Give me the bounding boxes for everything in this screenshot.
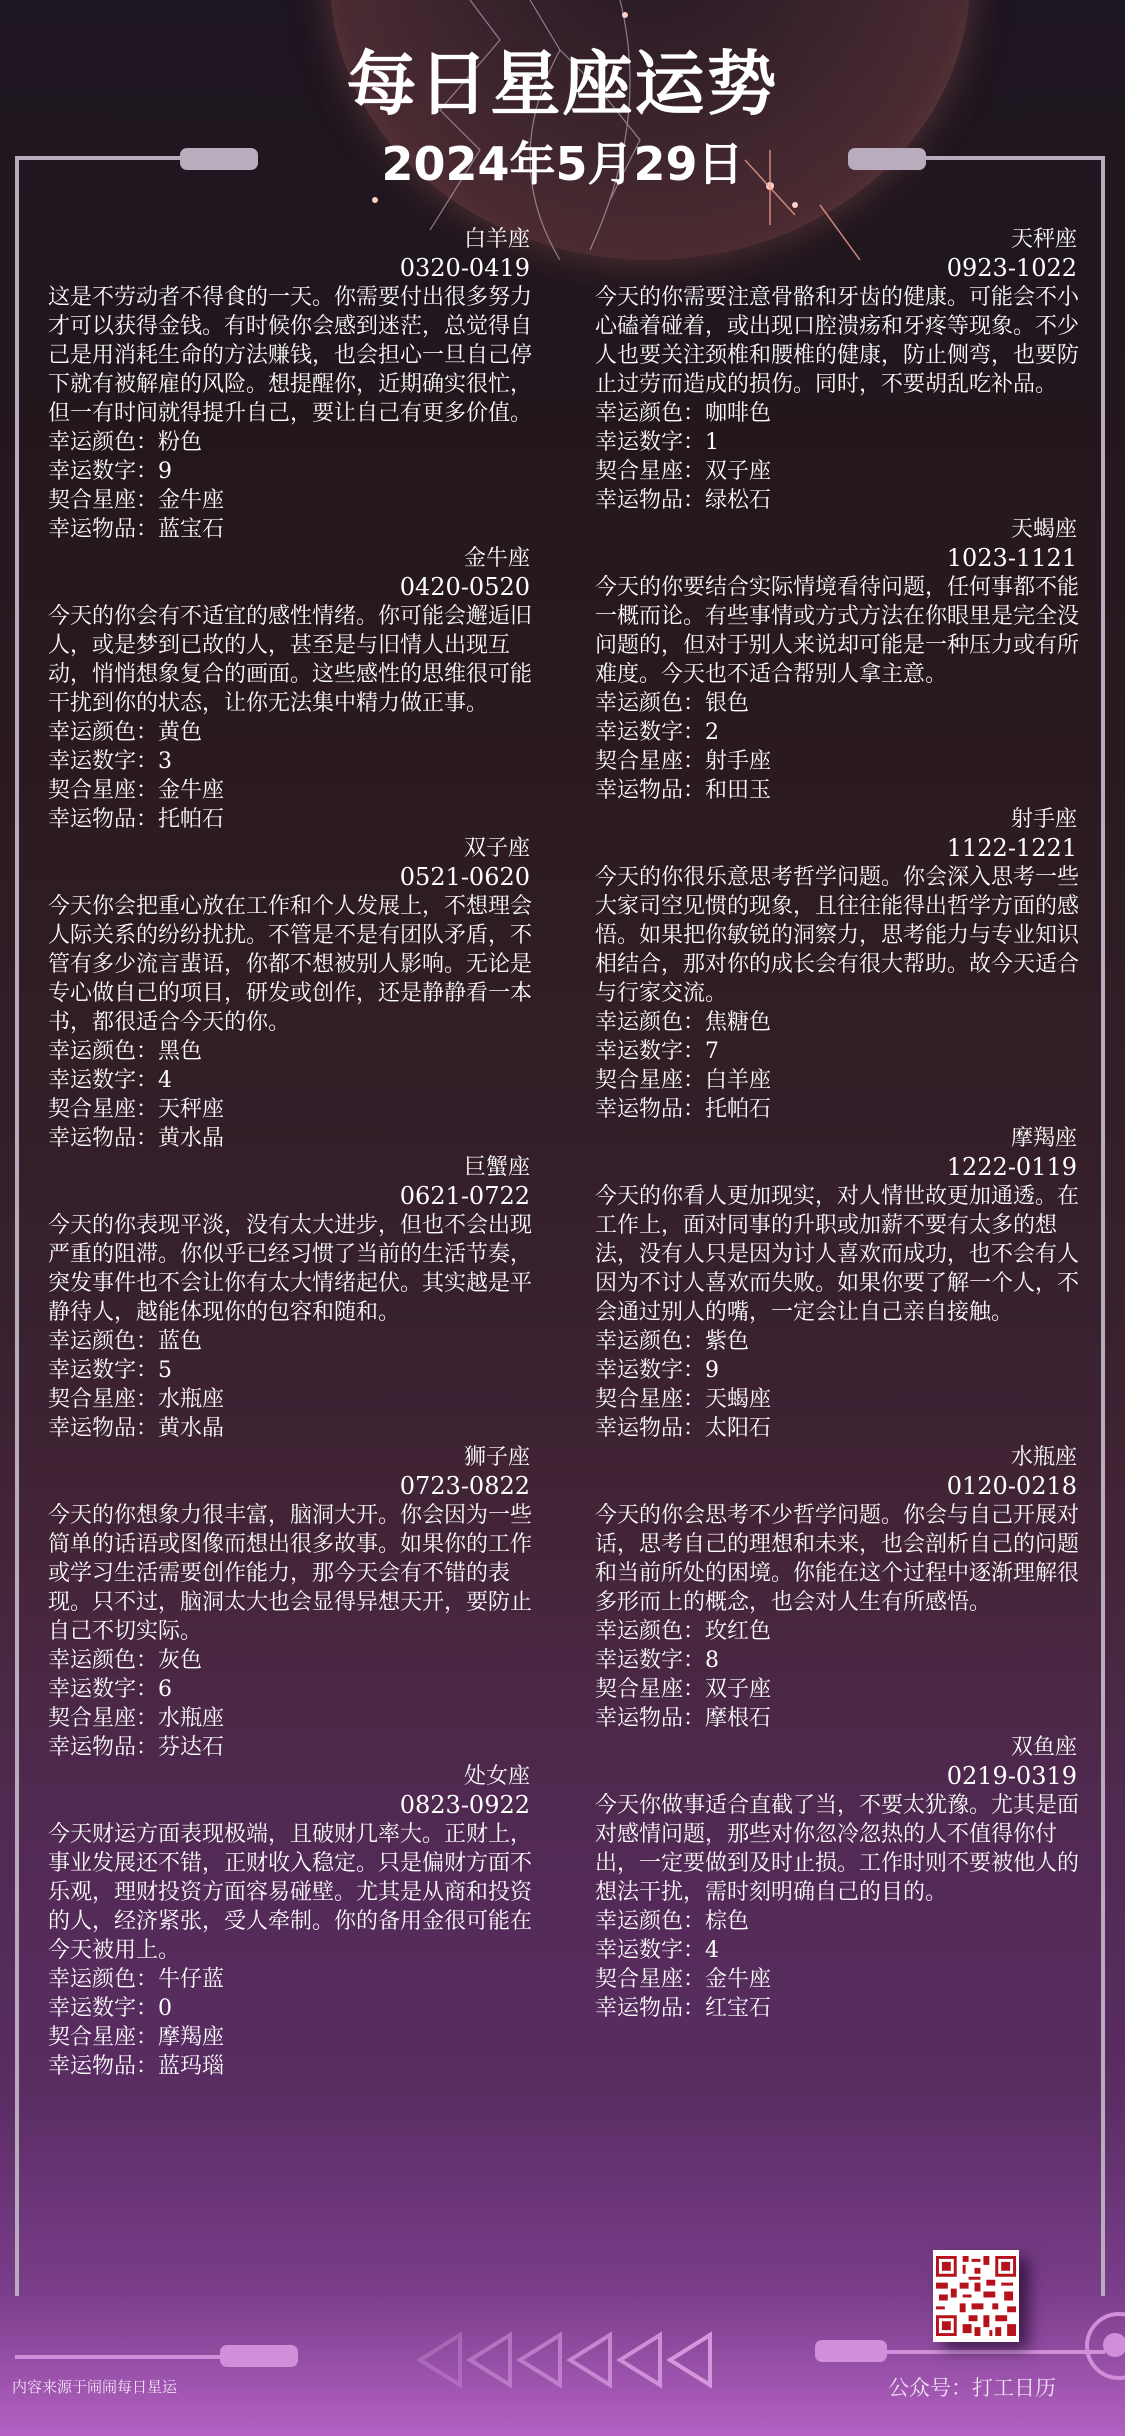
- match-sign: 契合星座：金牛座: [595, 1965, 1095, 1994]
- match-sign: 契合星座：金牛座: [48, 776, 548, 805]
- label: 契合星座：: [48, 2025, 158, 2050]
- label: 幸运物品：: [595, 1416, 705, 1441]
- lucky-color: 幸运颜色：银色: [595, 689, 1095, 718]
- label: 契合星座：: [48, 1097, 158, 1122]
- label: 契合星座：: [595, 1677, 705, 1702]
- sign-description: 这是不劳动者不得食的一天。你需要付出很多努力才可以获得金钱。有时候你会感到迷茫，…: [48, 283, 538, 428]
- label: 幸运物品：: [595, 778, 705, 803]
- sign-aries: 白羊座 0320-0419 这是不劳动者不得食的一天。你需要付出很多努力才可以获…: [48, 225, 548, 544]
- value: 红宝石: [705, 1996, 771, 2021]
- sign-name: 巨蟹座: [48, 1153, 548, 1182]
- value: 蓝色: [158, 1329, 202, 1354]
- sign-date-range: 0723-0822: [48, 1472, 548, 1501]
- content-source-text: 内容来源于闹闹每日星运: [12, 2376, 177, 2397]
- label: 契合星座：: [48, 1706, 158, 1731]
- label: 幸运数字：: [48, 749, 158, 774]
- label: 幸运数字：: [48, 1068, 158, 1093]
- label: 幸运物品：: [48, 2054, 158, 2079]
- left-column: 白羊座 0320-0419 这是不劳动者不得食的一天。你需要付出很多努力才可以获…: [48, 225, 548, 2081]
- label: 契合星座：: [595, 749, 705, 774]
- label: 幸运数字：: [595, 430, 705, 455]
- value: 玫红色: [705, 1619, 771, 1644]
- value: 白羊座: [705, 1068, 771, 1093]
- lucky-item: 幸运物品：黄水晶: [48, 1414, 548, 1443]
- sign-description: 今天的你需要注意骨骼和牙齿的健康。可能会不小心磕着碰着，或出现口腔溃疡和牙疼等现…: [595, 283, 1085, 399]
- sign-date-range: 1222-0119: [595, 1153, 1095, 1182]
- sign-name: 金牛座: [48, 544, 548, 573]
- frame-bottom-left: [15, 2355, 225, 2359]
- sign-description: 今天的你会思考不少哲学问题。你会与自己开展对话，思考自己的理想和未来，也会剖析自…: [595, 1501, 1085, 1617]
- lucky-number: 幸运数字：4: [595, 1936, 1095, 1965]
- match-sign: 契合星座：水瓶座: [48, 1385, 548, 1414]
- sign-aquarius: 水瓶座 0120-0218 今天的你会思考不少哲学问题。你会与自己开展对话，思考…: [595, 1443, 1095, 1733]
- sign-sagittarius: 射手座 1122-1221 今天的你很乐意思考哲学问题。你会深入思考一些大家司空…: [595, 805, 1095, 1124]
- lucky-color: 幸运颜色：黑色: [48, 1037, 548, 1066]
- label: 幸运数字：: [48, 1358, 158, 1383]
- value: 天秤座: [158, 1097, 224, 1122]
- lucky-item: 幸运物品：托帕石: [595, 1095, 1095, 1124]
- lucky-color: 幸运颜色：棕色: [595, 1907, 1095, 1936]
- sign-description: 今天财运方面表现极端，且破财几率大。正财上，事业发展还不错，正财收入稳定。只是偏…: [48, 1820, 538, 1965]
- lucky-color: 幸运颜色：紫色: [595, 1327, 1095, 1356]
- label: 契合星座：: [595, 1387, 705, 1412]
- match-sign: 契合星座：金牛座: [48, 486, 548, 515]
- sign-scorpio: 天蝎座 1023-1121 今天的你要结合实际情境看待问题，任何事都不能一概而论…: [595, 515, 1095, 805]
- lucky-item: 幸运物品：和田玉: [595, 776, 1095, 805]
- lucky-number: 幸运数字：0: [48, 1994, 548, 2023]
- frame-right-edge: [1101, 156, 1105, 2296]
- match-sign: 契合星座：水瓶座: [48, 1704, 548, 1733]
- label: 幸运物品：: [595, 488, 705, 513]
- value: 2: [705, 720, 719, 745]
- label: 幸运颜色：: [48, 1329, 158, 1354]
- value: 7: [705, 1039, 719, 1064]
- value: 天蝎座: [705, 1387, 771, 1412]
- lucky-color: 幸运颜色：咖啡色: [595, 399, 1095, 428]
- sign-capricorn: 摩羯座 1222-0119 今天的你看人更加现实，对人情世故更加通透。在工作上，…: [595, 1124, 1095, 1443]
- lucky-number: 幸运数字：8: [595, 1646, 1095, 1675]
- label: 幸运数字：: [595, 1648, 705, 1673]
- label: 幸运物品：: [48, 807, 158, 832]
- value: 芬达石: [158, 1735, 224, 1760]
- lucky-number: 幸运数字：9: [48, 457, 548, 486]
- label: 幸运数字：: [48, 459, 158, 484]
- sign-date-range: 0521-0620: [48, 863, 548, 892]
- sign-name: 摩羯座: [595, 1124, 1095, 1153]
- value: 水瓶座: [158, 1706, 224, 1731]
- sign-description: 今天你做事适合直截了当，不要太犹豫。尤其是面对感情问题，那些对你忽冷忽热的人不值…: [595, 1791, 1085, 1907]
- page-date: 2024年5月29日: [0, 128, 1125, 194]
- sign-name: 射手座: [595, 805, 1095, 834]
- lucky-color: 幸运颜色：蓝色: [48, 1327, 548, 1356]
- value: 8: [705, 1648, 719, 1673]
- qr-code-icon[interactable]: [933, 2250, 1019, 2342]
- sign-name: 双子座: [48, 834, 548, 863]
- value: 金牛座: [158, 778, 224, 803]
- value: 黄水晶: [158, 1416, 224, 1441]
- lucky-item: 幸运物品：蓝玛瑙: [48, 2052, 548, 2081]
- sign-description: 今天你会把重心放在工作和个人发展上，不想理会人际关系的纷纷扰扰。不管是不是有团队…: [48, 892, 538, 1037]
- label: 契合星座：: [48, 488, 158, 513]
- value: 和田玉: [705, 778, 771, 803]
- lucky-color: 幸运颜色：灰色: [48, 1646, 548, 1675]
- sign-virgo: 处女座 0823-0922 今天财运方面表现极端，且破财几率大。正财上，事业发展…: [48, 1762, 548, 2081]
- match-sign: 契合星座：天蝎座: [595, 1385, 1095, 1414]
- sign-date-range: 0923-1022: [595, 254, 1095, 283]
- lucky-number: 幸运数字：3: [48, 747, 548, 776]
- lucky-number: 幸运数字：9: [595, 1356, 1095, 1385]
- sign-description: 今天的你想象力很丰富，脑洞大开。你会因为一些简单的话语或图像而想出很多故事。如果…: [48, 1501, 538, 1646]
- lucky-number: 幸运数字：4: [48, 1066, 548, 1095]
- sign-name: 狮子座: [48, 1443, 548, 1472]
- sign-date-range: 0320-0419: [48, 254, 548, 283]
- lucky-item: 幸运物品：托帕石: [48, 805, 548, 834]
- lucky-item: 幸运物品：黄水晶: [48, 1124, 548, 1153]
- label: 契合星座：: [48, 778, 158, 803]
- public-account-text: 公众号：打工日历: [888, 2372, 1056, 2402]
- sign-description: 今天的你要结合实际情境看待问题，任何事都不能一概而论。有些事情或方式方法在你眼里…: [595, 573, 1085, 689]
- page-title: 每日星座运势: [0, 28, 1125, 129]
- match-sign: 契合星座：白羊座: [595, 1066, 1095, 1095]
- sign-description: 今天的你会有不适宜的感性情绪。你可能会邂逅旧人，或是梦到已故的人，甚至是与旧情人…: [48, 602, 538, 718]
- sign-date-range: 1023-1121: [595, 544, 1095, 573]
- value: 粉色: [158, 430, 202, 455]
- value: 双子座: [705, 459, 771, 484]
- label: 幸运数字：: [595, 1938, 705, 1963]
- triangle-arrows-decoration: [415, 2330, 715, 2390]
- label: 幸运颜色：: [595, 1329, 705, 1354]
- sign-taurus: 金牛座 0420-0520 今天的你会有不适宜的感性情绪。你可能会邂逅旧人，或是…: [48, 544, 548, 834]
- value: 托帕石: [705, 1097, 771, 1122]
- value: 太阳石: [705, 1416, 771, 1441]
- lucky-number: 幸运数字：7: [595, 1037, 1095, 1066]
- lucky-number: 幸运数字：5: [48, 1356, 548, 1385]
- lucky-item: 幸运物品：摩根石: [595, 1704, 1095, 1733]
- label: 幸运物品：: [595, 1097, 705, 1122]
- label: 幸运物品：: [48, 1735, 158, 1760]
- value: 射手座: [705, 749, 771, 774]
- match-sign: 契合星座：射手座: [595, 747, 1095, 776]
- label: 幸运数字：: [595, 1039, 705, 1064]
- label: 幸运颜色：: [48, 1648, 158, 1673]
- value: 黑色: [158, 1039, 202, 1064]
- frame-left-edge: [15, 156, 19, 2296]
- sign-date-range: 0420-0520: [48, 573, 548, 602]
- sign-name: 处女座: [48, 1762, 548, 1791]
- value: 6: [158, 1677, 172, 1702]
- value: 1: [705, 430, 719, 455]
- sign-cancer: 巨蟹座 0621-0722 今天的你表现平淡，没有太大进步，但也不会出现严重的阻…: [48, 1153, 548, 1443]
- label: 幸运颜色：: [48, 720, 158, 745]
- value: 托帕石: [158, 807, 224, 832]
- sign-pisces: 双鱼座 0219-0319 今天你做事适合直截了当，不要太犹豫。尤其是面对感情问…: [595, 1733, 1095, 2023]
- lucky-item: 幸运物品：芬达石: [48, 1733, 548, 1762]
- sign-date-range: 0823-0922: [48, 1791, 548, 1820]
- label: 幸运物品：: [48, 517, 158, 542]
- label: 幸运数字：: [48, 1677, 158, 1702]
- label: 幸运颜色：: [48, 1967, 158, 1992]
- lucky-number: 幸运数字：6: [48, 1675, 548, 1704]
- value: 0: [158, 1996, 172, 2021]
- frame-pill-bottom-left: [220, 2345, 298, 2367]
- sign-name: 天蝎座: [595, 515, 1095, 544]
- label: 幸运颜色：: [595, 401, 705, 426]
- label: 幸运颜色：: [595, 691, 705, 716]
- label: 幸运颜色：: [595, 1619, 705, 1644]
- label: 幸运物品：: [48, 1416, 158, 1441]
- sign-name: 双鱼座: [595, 1733, 1095, 1762]
- label: 幸运颜色：: [595, 1909, 705, 1934]
- value: 摩羯座: [158, 2025, 224, 2050]
- frame-pill-bottom-right: [815, 2340, 887, 2362]
- value: 5: [158, 1358, 172, 1383]
- value: 银色: [705, 691, 749, 716]
- value: 棕色: [705, 1909, 749, 1934]
- lucky-item: 幸运物品：红宝石: [595, 1994, 1095, 2023]
- lucky-color: 幸运颜色：粉色: [48, 428, 548, 457]
- sign-libra: 天秤座 0923-1022 今天的你需要注意骨骼和牙齿的健康。可能会不小心磕着碰…: [595, 225, 1095, 515]
- sign-date-range: 0621-0722: [48, 1182, 548, 1211]
- match-sign: 契合星座：摩羯座: [48, 2023, 548, 2052]
- value: 咖啡色: [705, 401, 771, 426]
- lucky-number: 幸运数字：2: [595, 718, 1095, 747]
- value: 9: [158, 459, 172, 484]
- sign-name: 水瓶座: [595, 1443, 1095, 1472]
- value: 灰色: [158, 1648, 202, 1673]
- label: 幸运颜色：: [48, 1039, 158, 1064]
- label: 幸运颜色：: [48, 430, 158, 455]
- label: 幸运数字：: [48, 1996, 158, 2021]
- value: 黄色: [158, 720, 202, 745]
- target-dot-decoration: [1103, 2333, 1125, 2357]
- value: 金牛座: [705, 1967, 771, 1992]
- match-sign: 契合星座：双子座: [595, 1675, 1095, 1704]
- lucky-color: 幸运颜色：牛仔蓝: [48, 1965, 548, 1994]
- sign-date-range: 0219-0319: [595, 1762, 1095, 1791]
- lucky-item: 幸运物品：绿松石: [595, 486, 1095, 515]
- label: 幸运物品：: [595, 1996, 705, 2021]
- value: 黄水晶: [158, 1126, 224, 1151]
- lucky-color: 幸运颜色：黄色: [48, 718, 548, 747]
- sign-description: 今天的你很乐意思考哲学问题。你会深入思考一些大家司空见惯的现象，且往往能得出哲学…: [595, 863, 1085, 1008]
- value: 焦糖色: [705, 1010, 771, 1035]
- lucky-item: 幸运物品：太阳石: [595, 1414, 1095, 1443]
- sign-date-range: 0120-0218: [595, 1472, 1095, 1501]
- value: 金牛座: [158, 488, 224, 513]
- frame-bottom-right: [885, 2350, 1105, 2354]
- value: 蓝宝石: [158, 517, 224, 542]
- value: 3: [158, 749, 172, 774]
- sign-gemini: 双子座 0521-0620 今天你会把重心放在工作和个人发展上，不想理会人际关系…: [48, 834, 548, 1153]
- lucky-number: 幸运数字：1: [595, 428, 1095, 457]
- sign-description: 今天的你看人更加现实，对人情世故更加通透。在工作上，面对同事的升职或加薪不要有太…: [595, 1182, 1085, 1327]
- label: 幸运物品：: [595, 1706, 705, 1731]
- label: 幸运数字：: [595, 1358, 705, 1383]
- value: 4: [158, 1068, 172, 1093]
- label: 幸运物品：: [48, 1126, 158, 1151]
- value: 双子座: [705, 1677, 771, 1702]
- match-sign: 契合星座：双子座: [595, 457, 1095, 486]
- label: 幸运颜色：: [595, 1010, 705, 1035]
- label: 契合星座：: [48, 1387, 158, 1412]
- sign-name: 白羊座: [48, 225, 548, 254]
- match-sign: 契合星座：天秤座: [48, 1095, 548, 1124]
- value: 9: [705, 1358, 719, 1383]
- value: 水瓶座: [158, 1387, 224, 1412]
- value: 摩根石: [705, 1706, 771, 1731]
- label: 契合星座：: [595, 1967, 705, 1992]
- value: 4: [705, 1938, 719, 1963]
- sign-name: 天秤座: [595, 225, 1095, 254]
- value: 牛仔蓝: [158, 1967, 224, 1992]
- lucky-color: 幸运颜色：焦糖色: [595, 1008, 1095, 1037]
- value: 绿松石: [705, 488, 771, 513]
- label: 契合星座：: [595, 1068, 705, 1093]
- sign-date-range: 1122-1221: [595, 834, 1095, 863]
- sign-description: 今天的你表现平淡，没有太大进步，但也不会出现严重的阻滞。你似乎已经习惯了当前的生…: [48, 1211, 538, 1327]
- label: 幸运数字：: [595, 720, 705, 745]
- right-column: 天秤座 0923-1022 今天的你需要注意骨骼和牙齿的健康。可能会不小心磕着碰…: [595, 225, 1095, 2023]
- label: 契合星座：: [595, 459, 705, 484]
- value: 紫色: [705, 1329, 749, 1354]
- value: 蓝玛瑙: [158, 2054, 224, 2079]
- sign-leo: 狮子座 0723-0822 今天的你想象力很丰富，脑洞大开。你会因为一些简单的话…: [48, 1443, 548, 1762]
- lucky-color: 幸运颜色：玫红色: [595, 1617, 1095, 1646]
- lucky-item: 幸运物品：蓝宝石: [48, 515, 548, 544]
